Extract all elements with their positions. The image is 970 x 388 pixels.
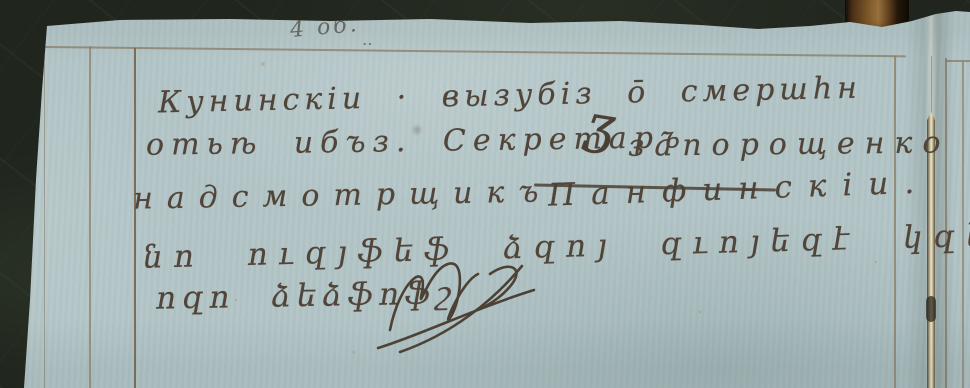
margin-line-1 bbox=[44, 46, 45, 388]
folio-dots: ‥ bbox=[362, 30, 379, 49]
paper-left-edge bbox=[0, 14, 46, 388]
fold-crease-line bbox=[931, 56, 932, 116]
manuscript-page: 4 об. ‥ Кунинскіи · вызубіз ō смершһн от… bbox=[0, 0, 970, 388]
handwriting-line-2-right: запорощенко bbox=[628, 125, 951, 163]
top-ruling-line bbox=[44, 46, 906, 57]
handwriting-line-3-left: надсмотрщикъ bbox=[133, 174, 553, 216]
handwriting-line-2-flourish-mark: Ӡ bbox=[579, 104, 617, 168]
handwriting-line-4: նո ուզյֆեֆ ձզոյ զւոյեզէ կզկյէ bbox=[143, 216, 970, 276]
margin-line-2 bbox=[89, 46, 91, 388]
folio-number: 4 об. bbox=[289, 12, 361, 43]
sewing-thread-knot bbox=[926, 296, 936, 322]
margin-line-3 bbox=[134, 48, 136, 388]
photo-backdrop: 4 об. ‥ Кунинскіи · вызубіз ō смершһн от… bbox=[0, 0, 970, 388]
signature-flourish bbox=[372, 252, 542, 362]
handwriting-line-1: Кунинскіи · вызубіз ō смершһн bbox=[158, 71, 862, 121]
